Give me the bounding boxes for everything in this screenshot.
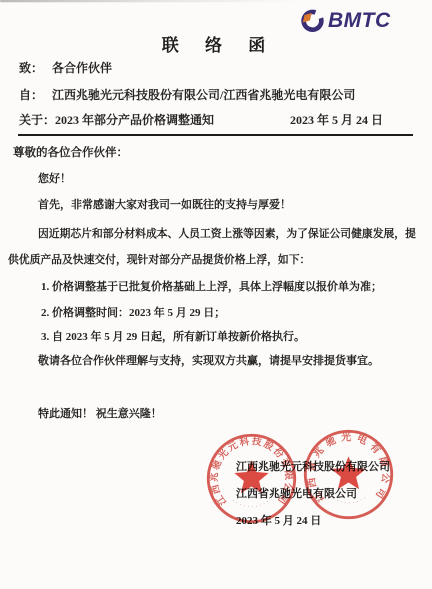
from-value: 江西兆驰光元科技股份有限公司/江西省兆驰光电有限公司 xyxy=(52,88,355,102)
list-item-2: 2. 价格调整时间：2023 年 5 月 29 日； xyxy=(41,304,225,320)
seal-serial: ·········· xyxy=(327,494,369,507)
logo-text: BMTC xyxy=(328,10,391,31)
list-item-3: 3. 自 2023 年 5 月 29 日起，所有新订单按新价格执行。 xyxy=(41,328,305,344)
seal-star xyxy=(234,460,268,493)
header-divider xyxy=(18,134,413,136)
list-item-1: 1. 价格调整基于已批复价格基础上上浮，具体上浮幅度以报价单为准； xyxy=(41,278,382,294)
greeting-line: 您好！ xyxy=(38,170,71,186)
svg-text:··········: ·········· xyxy=(327,494,369,507)
subject-value: 2023 年部分产品价格调整通知 xyxy=(55,113,214,127)
paragraph-reason: 因近期芯片和部分材料成本、人员工资上涨等因素，为了保证公司健康发展，提供优质产品… xyxy=(8,221,425,273)
seal-star xyxy=(331,456,365,489)
closing-line: 特此通知！ 祝生意兴隆！ xyxy=(38,405,162,421)
salutation: 尊敬的各位合作伙伴： xyxy=(13,144,128,160)
subject-label: 关于： xyxy=(19,113,55,127)
company-seal-right: 江西省兆驰光电有限公司 ·········· xyxy=(301,427,396,522)
bmtc-swoosh-icon xyxy=(299,6,326,34)
meta-from-row: 自：江西兆驰光元科技股份有限公司/江西省兆驰光电有限公司 xyxy=(19,86,355,103)
letter-date: 2023 年 5 月 24 日 xyxy=(290,111,383,128)
page-title: 联 络 函 xyxy=(0,31,432,56)
from-label: 自： xyxy=(19,86,52,103)
company-seal-left: 江西兆驰光元科技股份有限公司 ·········· xyxy=(204,431,299,526)
paragraph-thanks: 首先，非常感谢大家对我司一如既往的支持与厚爱！ xyxy=(38,196,291,212)
paragraph-request: 敬请各位合作伙伴理解与支持，实现双方共赢，请提早安排提货事宜。 xyxy=(38,352,379,368)
meta-subject-row: 关于：2023 年部分产品价格调整通知 xyxy=(19,111,214,128)
scan-artifact xyxy=(0,0,300,2)
svg-text:··········: ·········· xyxy=(230,498,272,511)
seal-serial: ·········· xyxy=(230,498,272,511)
to-label: 致： xyxy=(19,59,52,76)
to-value: 各合作伙伴 xyxy=(52,61,112,75)
meta-to-row: 致：各合作伙伴 xyxy=(19,59,112,76)
company-logo: BMTC xyxy=(299,6,391,34)
letter-page: BMTC 联 络 函 致：各合作伙伴 自：江西兆驰光元科技股份有限公司/江西省兆… xyxy=(0,0,432,589)
